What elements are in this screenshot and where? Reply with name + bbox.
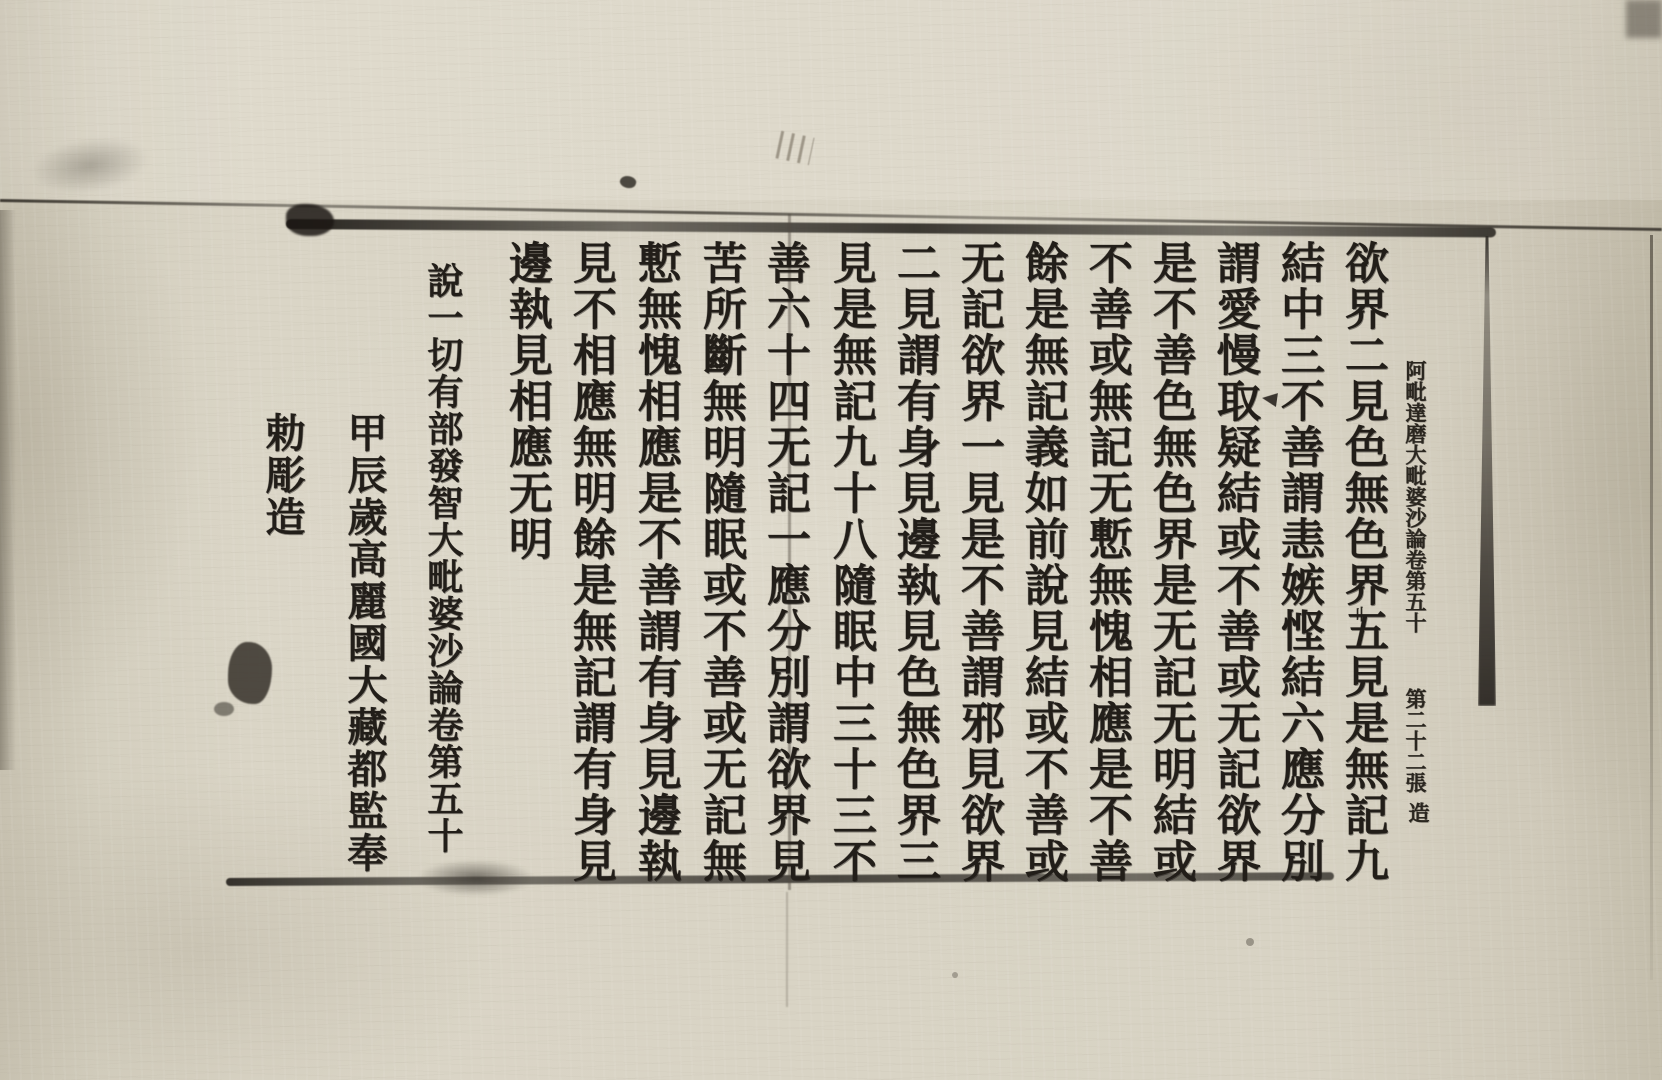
text-column: 欲界二見色無色界五見是無記九	[1320, 240, 1384, 884]
text-column: 二見謂有身見邊執見色無色界三	[872, 240, 936, 884]
ink-blob	[214, 702, 234, 716]
text-column: 是不善色無色界是无記无明結或	[1128, 240, 1192, 884]
text-column: 慙無愧相應是不善謂有身見邊執	[613, 240, 677, 884]
ink-speck	[952, 972, 958, 978]
edge-shadow	[0, 210, 16, 770]
ink-speck	[1246, 938, 1254, 946]
sheet-right-edge-line	[1650, 235, 1653, 980]
text-column: 見是無記九十八隨眠中三十三不	[808, 240, 872, 884]
margin-scroll-title: 阿毗達磨大毗婆沙論卷第五十	[1396, 360, 1426, 633]
text-column: 謂愛慢取疑結或不善或无記欲界	[1192, 240, 1256, 884]
text-column: 邊執見相應无明	[484, 240, 548, 562]
text-column: 无記欲界一見是不善謂邪見欲界	[936, 240, 1000, 884]
sutra-page: 阿毗達磨大毗婆沙論卷第五十 第二十二張 造 〢 欲界二見色無色界五見是無記九 結…	[0, 0, 1662, 1080]
margin-sheet-number: 第二十二張	[1396, 688, 1426, 793]
end-title-column: 說一切有部發智大毗婆沙論卷第五十	[401, 262, 461, 854]
upper-margin	[0, 0, 1662, 200]
margin-case-mark: 造	[1399, 802, 1429, 823]
colophon-column-date: 甲辰歲高麗國大藏都監奉	[326, 412, 384, 874]
fold-crease-lower	[786, 892, 788, 1007]
text-column: 善六十四无記一應分別謂欲界見	[742, 240, 806, 884]
colophon-column-edict: 勅彫造	[244, 412, 302, 538]
text-column: 結中三不善謂恚嫉悭結六應分別	[1256, 240, 1320, 884]
text-column: 苦所斷無明隨眠或不善或无記無	[678, 240, 742, 884]
text-column: 不善或無記无慙無愧相應是不善	[1064, 240, 1128, 884]
textblock-right-border	[1478, 236, 1496, 706]
text-column: 餘是無記義如前說見結或不善或	[1000, 240, 1064, 884]
text-column: 見不相應無明餘是無記謂有身見	[548, 240, 612, 884]
ink-blob	[228, 642, 272, 704]
